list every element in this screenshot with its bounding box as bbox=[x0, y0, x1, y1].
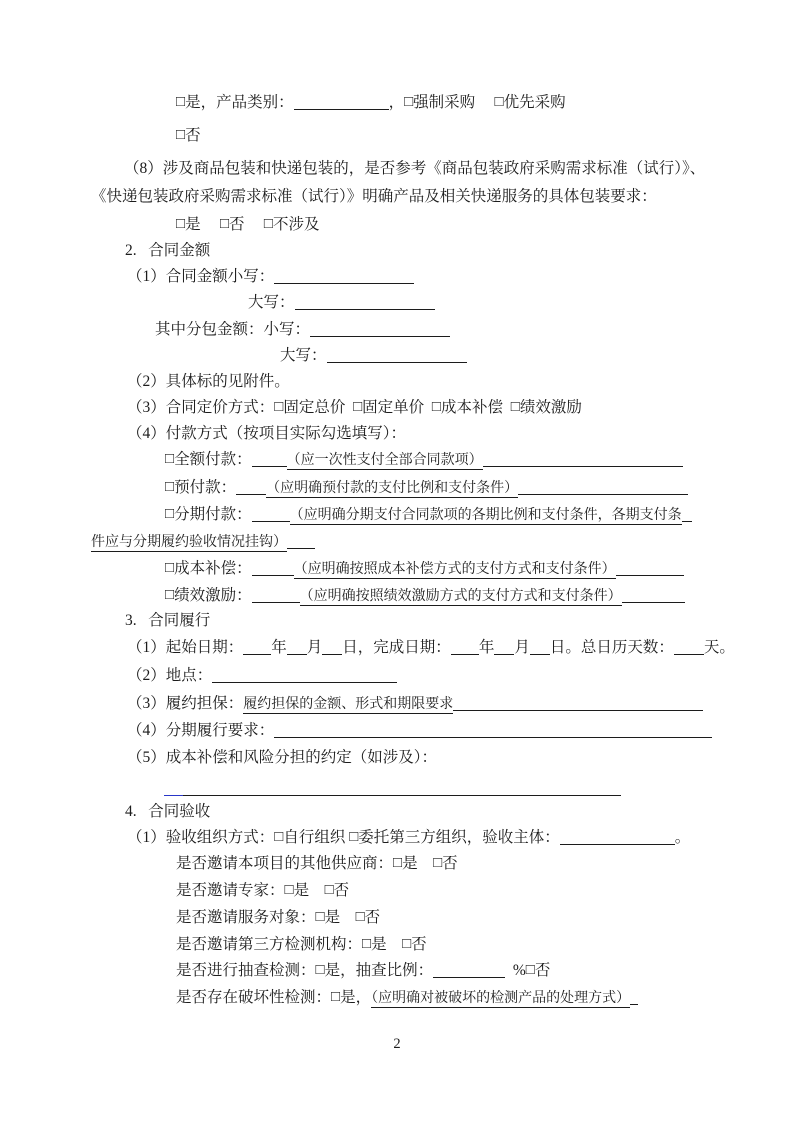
text-run: 是 bbox=[371, 936, 402, 953]
text-run: 大写： bbox=[248, 294, 295, 311]
checkbox-icon: □ bbox=[176, 213, 185, 235]
performance-location: （2）地点： bbox=[127, 665, 397, 687]
subcontract-amount-uppercase: 大写： bbox=[280, 345, 467, 367]
text-run: 3. 合同履行 bbox=[125, 612, 210, 629]
text-run: （8）涉及商品包装和快递包装的，是否参考《商品包装政府采购需求标准（试行）》、 bbox=[124, 160, 705, 177]
text-run: （2）地点： bbox=[127, 667, 212, 684]
blank-underline bbox=[252, 588, 300, 603]
checkbox-icon: □ bbox=[220, 213, 229, 235]
text-run: （1）验收组织方式： bbox=[127, 829, 274, 846]
blank-underline bbox=[243, 640, 271, 655]
performance-installment-requirements: （4）分期履行要求： bbox=[127, 720, 712, 742]
blank-underline bbox=[212, 668, 397, 683]
text-run: % bbox=[505, 962, 526, 979]
contract-amount-uppercase: 大写： bbox=[248, 292, 435, 314]
text-run: 全额付款： bbox=[174, 451, 252, 468]
blank-underline bbox=[164, 781, 183, 796]
item-4-payment-method: （4）付款方式（按项目实际勾选填写）： bbox=[127, 423, 406, 445]
blank-underline bbox=[622, 588, 685, 603]
text-run: （2）具体标的见附件。 bbox=[127, 373, 290, 390]
text-run: 否 bbox=[334, 882, 350, 899]
payment-advance: □预付款：（应明确预付款的支付比例和支付条件） bbox=[165, 477, 688, 499]
text-run: 2. 合同金额 bbox=[125, 242, 210, 259]
blank-underline bbox=[494, 640, 514, 655]
checkbox-icon: □ bbox=[511, 396, 520, 418]
blank-underline bbox=[451, 640, 479, 655]
underlined-annotation: （应明确对被破坏的检测产品的处理方式） bbox=[371, 991, 630, 1008]
section-2-contract-amount: 2. 合同金额 bbox=[125, 240, 210, 262]
text-run: 日，完成日期： bbox=[342, 639, 451, 656]
text-run: 优先采购 bbox=[504, 94, 566, 111]
checkbox-icon: □ bbox=[264, 213, 273, 235]
item-3-pricing-method: （3）合同定价方式：□固定总价 □固定单价 □成本补偿 □绩效激励 bbox=[127, 397, 582, 419]
blank-underline bbox=[252, 507, 290, 522]
subcontract-amount-lowercase: 其中分包金额：小写： bbox=[155, 319, 450, 341]
underlined-annotation: 履约担保的金额、形式和期限要求 bbox=[243, 697, 453, 714]
blank-underline bbox=[433, 963, 505, 978]
text-run: 《快递包装政府采购需求标准（试行）》明确产品及相关快递服务的具体包装要求： bbox=[91, 188, 657, 205]
text-run: 是否存在破坏性检测： bbox=[176, 989, 331, 1006]
checkbox-icon: □ bbox=[432, 396, 441, 418]
blank-underline bbox=[682, 507, 692, 522]
item-2-subject-attachment: （2）具体标的见附件。 bbox=[127, 371, 290, 393]
checkbox-icon: □ bbox=[349, 826, 358, 848]
checkbox-icon: □ bbox=[165, 476, 174, 498]
checkbox-icon: □ bbox=[165, 557, 174, 579]
text-run: 强制采购 bbox=[413, 94, 494, 111]
blank-underline bbox=[274, 723, 712, 738]
blank-underline bbox=[630, 990, 638, 1005]
invite-service-targets: 是否邀请服务对象：□是 □否 bbox=[176, 907, 380, 929]
checkbox-icon: □ bbox=[316, 906, 325, 928]
text-run: 是 bbox=[185, 216, 220, 233]
text-run: 否 bbox=[229, 216, 264, 233]
text-run: 是 bbox=[294, 882, 325, 899]
blank-underline bbox=[322, 640, 342, 655]
text-run: 成本补偿： bbox=[174, 560, 252, 577]
text-run: 年 bbox=[271, 639, 287, 656]
blank-fill-line bbox=[164, 778, 621, 800]
checkbox-icon: □ bbox=[331, 986, 340, 1008]
checkbox-icon: □ bbox=[495, 91, 504, 113]
checkbox-icon: □ bbox=[176, 91, 185, 113]
invite-third-party-testing: 是否邀请第三方检测机构：□是 □否 bbox=[176, 934, 427, 956]
text-run: 是否邀请服务对象： bbox=[176, 909, 316, 926]
blank-underline bbox=[327, 348, 467, 363]
text-run: 不涉及 bbox=[273, 216, 320, 233]
payment-installment-line1: □分期付款：（应明确分期支付合同款项的各期比例和支付条件，各期支付条 bbox=[165, 504, 692, 526]
blank-underline bbox=[287, 534, 315, 549]
text-run: 绩效激励： bbox=[174, 587, 252, 604]
text-run: 绩效激励 bbox=[520, 399, 582, 416]
text-run: 月 bbox=[514, 639, 530, 656]
text-run: 是，抽查比例： bbox=[325, 962, 434, 979]
blank-underline bbox=[295, 295, 435, 310]
payment-performance-incentive: □绩效激励：（应明确按照绩效激励方式的支付方式和支付条件） bbox=[165, 585, 685, 607]
option-no: □否 bbox=[176, 125, 201, 147]
checkbox-icon: □ bbox=[274, 396, 283, 418]
checkbox-icon: □ bbox=[165, 448, 174, 470]
underlined-annotation: （应明确按照成本补偿方式的支付方式和支付条件） bbox=[294, 562, 616, 579]
blank-underline bbox=[674, 640, 704, 655]
text-run: （1）起始日期： bbox=[127, 639, 243, 656]
text-run: 自行组织 bbox=[283, 829, 349, 846]
checkbox-icon: □ bbox=[165, 584, 174, 606]
item-8-packaging-question-line1: （8）涉及商品包装和快递包装的，是否参考《商品包装政府采购需求标准（试行）》、 bbox=[124, 158, 705, 180]
text-run: 其中分包金额：小写： bbox=[155, 321, 310, 338]
text-run: 年 bbox=[479, 639, 495, 656]
text-run: 是否邀请本项目的其他供应商： bbox=[176, 855, 393, 872]
text-run: 否 bbox=[365, 909, 381, 926]
text-run: （3）履约担保： bbox=[127, 695, 243, 712]
checkbox-icon: □ bbox=[356, 906, 365, 928]
blank-underline bbox=[310, 322, 450, 337]
underlined-annotation: （应明确预付款的支付比例和支付条件） bbox=[266, 481, 518, 498]
checkbox-icon: □ bbox=[402, 933, 411, 955]
blank-underline bbox=[530, 640, 550, 655]
text-run: 是， bbox=[340, 989, 371, 1006]
text-run: 。 bbox=[675, 829, 691, 846]
item-8-packaging-question-line2: 《快递包装政府采购需求标准（试行）》明确产品及相关快递服务的具体包装要求： bbox=[91, 186, 657, 208]
performance-dates: （1）起始日期：年月日，完成日期：年月日。总日历天数：天。 bbox=[127, 637, 735, 659]
text-run: （5）成本补偿和风险分担的约定（如涉及）： bbox=[127, 749, 437, 766]
checkbox-icon: □ bbox=[526, 959, 535, 981]
blank-underline bbox=[560, 830, 675, 845]
text-run: （4）分期履行要求： bbox=[127, 722, 274, 739]
checkbox-icon: □ bbox=[316, 959, 325, 981]
performance-guarantee: （3）履约担保：履约担保的金额、形式和期限要求 bbox=[127, 693, 703, 715]
text-run: 大写： bbox=[280, 347, 327, 364]
text-run: 否 bbox=[185, 127, 201, 144]
text-run: 是否邀请专家： bbox=[176, 882, 285, 899]
option-yes-product-category: □是，产品类别：，□强制采购 □优先采购 bbox=[176, 92, 566, 114]
section-3-contract-performance: 3. 合同履行 bbox=[125, 610, 210, 632]
checkbox-icon: □ bbox=[176, 124, 185, 146]
payment-installment-line2: 件应与分期履约验收情况挂钩） bbox=[91, 531, 315, 553]
checkbox-icon: □ bbox=[325, 879, 334, 901]
blank-underline bbox=[252, 561, 294, 576]
payment-full: □全额付款：（应一次性支付全部合同款项） bbox=[165, 449, 683, 471]
checkbox-icon: □ bbox=[393, 852, 402, 874]
text-run: 否 bbox=[535, 962, 551, 979]
checkbox-icon: □ bbox=[285, 879, 294, 901]
underlined-annotation: （应一次性支付全部合同款项） bbox=[287, 453, 483, 470]
blank-underline bbox=[183, 781, 621, 796]
checkbox-icon: □ bbox=[433, 852, 442, 874]
text-run: 天。 bbox=[704, 639, 735, 656]
blank-underline bbox=[294, 95, 389, 110]
text-run: 固定单价 bbox=[362, 399, 432, 416]
blank-underline bbox=[616, 561, 684, 576]
text-run: 否 bbox=[442, 855, 458, 872]
checkbox-icon: □ bbox=[165, 503, 174, 525]
payment-cost-compensation: □成本补偿：（应明确按照成本补偿方式的支付方式和支付条件） bbox=[165, 558, 684, 580]
checkbox-icon: □ bbox=[362, 933, 371, 955]
text-run: 分期付款： bbox=[174, 506, 252, 523]
sampling-inspection: 是否进行抽查检测：□是，抽查比例： %□否 bbox=[176, 960, 550, 982]
acceptance-organization: （1）验收组织方式：□自行组织 □委托第三方组织，验收主体：。 bbox=[127, 827, 690, 849]
contract-amount-lowercase: （1）合同金额小写： bbox=[127, 266, 414, 288]
text-run: 是，产品类别： bbox=[185, 94, 294, 111]
checkbox-icon: □ bbox=[404, 91, 413, 113]
blank-underline bbox=[453, 696, 703, 711]
text-run: 是否进行抽查检测： bbox=[176, 962, 316, 979]
blank-underline bbox=[287, 640, 307, 655]
text-run: （3）合同定价方式： bbox=[127, 399, 274, 416]
underlined-annotation: （应明确按照绩效激励方式的支付方式和支付条件） bbox=[300, 589, 622, 606]
text-run: ， bbox=[389, 94, 405, 111]
underlined-annotation: 件应与分期履约验收情况挂钩） bbox=[91, 535, 287, 552]
document-page: □是，产品类别：，□强制采购 □优先采购□否（8）涉及商品包装和快递包装的，是否… bbox=[0, 0, 794, 1123]
text-run: 委托第三方组织，验收主体： bbox=[358, 829, 560, 846]
text-run: （4）付款方式（按项目实际勾选填写）： bbox=[127, 425, 406, 442]
blank-underline bbox=[483, 452, 683, 467]
page-number: 2 bbox=[0, 1036, 794, 1053]
checkbox-icon: □ bbox=[274, 826, 283, 848]
invite-experts: 是否邀请专家：□是 □否 bbox=[176, 880, 349, 902]
text-run: 月 bbox=[307, 639, 323, 656]
invite-other-suppliers: 是否邀请本项目的其他供应商：□是 □否 bbox=[176, 853, 458, 875]
blank-underline bbox=[518, 480, 688, 495]
blank-underline bbox=[252, 452, 287, 467]
text-run: 预付款： bbox=[174, 479, 236, 496]
section-4-contract-acceptance: 4. 合同验收 bbox=[125, 801, 210, 823]
packaging-options: □是 □否 □不涉及 bbox=[176, 214, 319, 236]
text-run: 是否邀请第三方检测机构： bbox=[176, 936, 362, 953]
text-run: 是 bbox=[325, 909, 356, 926]
cost-compensation-risk-sharing: （5）成本补偿和风险分担的约定（如涉及）： bbox=[127, 747, 437, 769]
text-run: 是 bbox=[402, 855, 433, 872]
blank-underline bbox=[236, 480, 266, 495]
checkbox-icon: □ bbox=[353, 396, 362, 418]
destructive-testing: 是否存在破坏性检测：□是，（应明确对被破坏的检测产品的处理方式） bbox=[176, 987, 638, 1009]
text-run: 否 bbox=[411, 936, 427, 953]
text-run: 日。总日历天数： bbox=[550, 639, 674, 656]
text-run: 成本补偿 bbox=[441, 399, 511, 416]
blank-underline bbox=[274, 269, 414, 284]
text-run: 固定总价 bbox=[283, 399, 353, 416]
text-run: 4. 合同验收 bbox=[125, 803, 210, 820]
underlined-annotation: （应明确分期支付合同款项的各期比例和支付条件，各期支付条 bbox=[290, 508, 682, 525]
text-run: （1）合同金额小写： bbox=[127, 268, 274, 285]
